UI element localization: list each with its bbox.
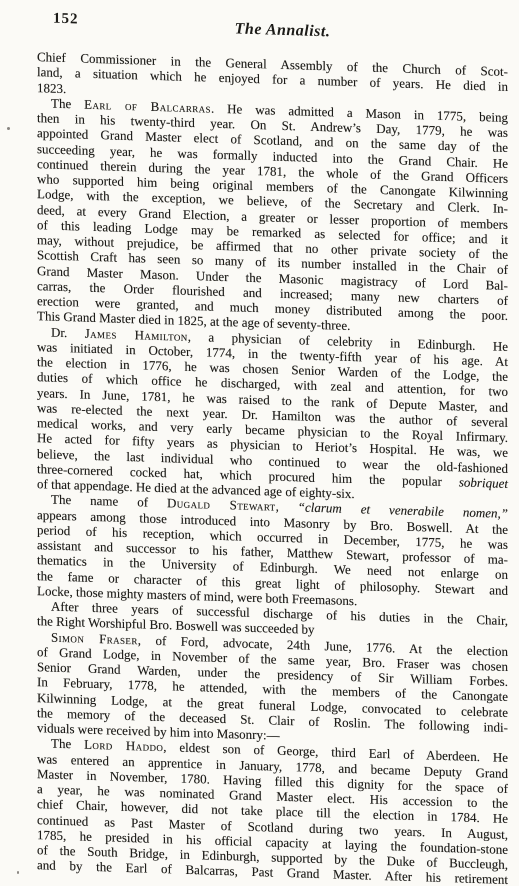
paragraph: Dr. James Hamilton, a physician of celeb…	[37, 324, 508, 507]
paragraph: The name of Dugald Stewart, “clarum et v…	[37, 491, 508, 613]
book-page: 152 The Annalist. Chief Commissioner in …	[0, 0, 519, 886]
scanned-content: 152 The Annalist. Chief Commissioner in …	[0, 0, 519, 886]
italic-phrase: sobriquet	[459, 474, 508, 491]
paragraph: The Lord Haddo, eldest son of George, th…	[37, 735, 508, 886]
text-body: Chief Commissioner in the General Assemb…	[0, 38, 519, 886]
small-caps-name: Lord Haddo	[84, 737, 163, 754]
paragraph: Simon Fraser, of Ford, advocate, 24th Ju…	[37, 629, 508, 751]
paragraph: The Earl of Balcarras. He was admitted a…	[37, 95, 508, 339]
